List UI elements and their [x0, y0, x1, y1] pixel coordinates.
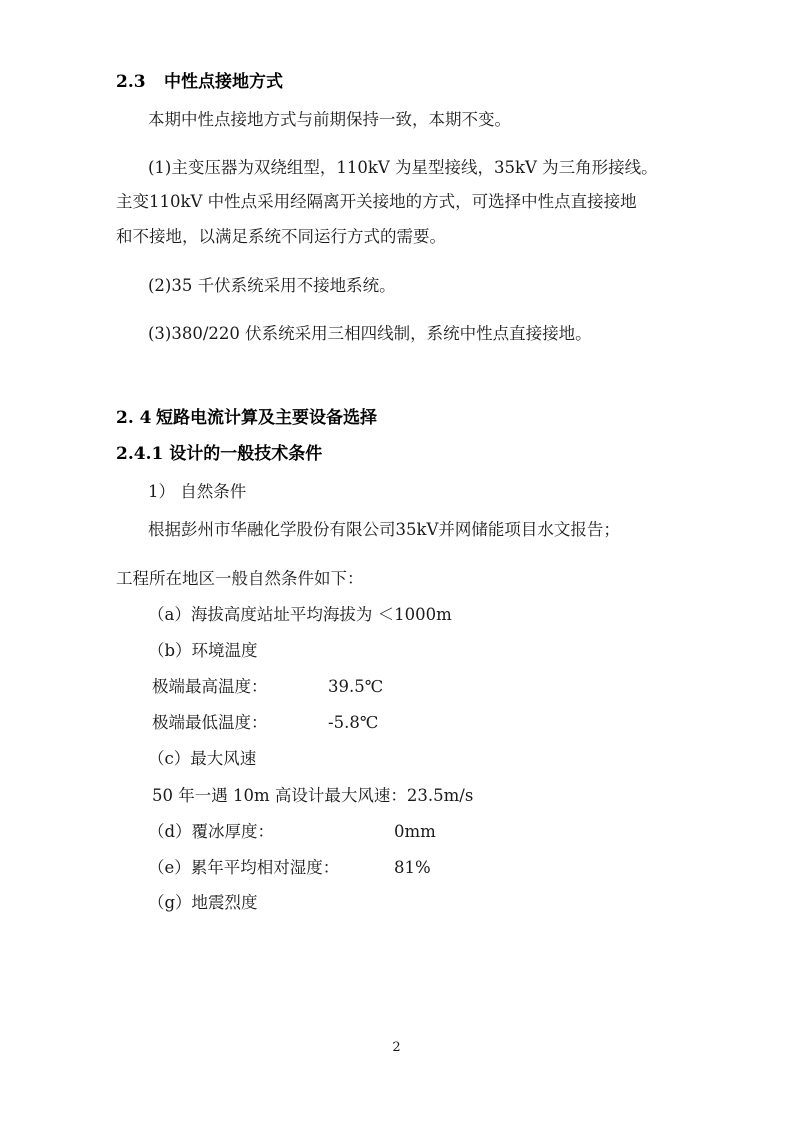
ice-thickness-value: 0mm	[394, 822, 436, 842]
humidity-label: （e）累年平均相对湿度：	[148, 858, 339, 878]
condition-wind: （c）最大风速	[148, 749, 256, 769]
list-item: 1） 自然条件	[148, 482, 246, 502]
condition-temperature: （b）环境温度	[148, 641, 258, 661]
section-number: 2.4.1	[116, 444, 163, 464]
condition-seismic: （g）地震烈度	[148, 893, 258, 913]
paragraph: 主变110kV 中性点采用经隔离开关接地的方式，可选择中性点直接接地	[116, 192, 637, 212]
humidity-value: 81%	[394, 858, 431, 878]
section-title: 短路电流计算及主要设备选择	[156, 408, 377, 428]
section-title: 中性点接地方式	[164, 72, 283, 92]
condition-altitude: （a）海拔高度站址平均海拔为 ＜1000m	[148, 605, 452, 625]
section-heading-2-4-1: 2.4.1 设计的一般技术条件	[116, 444, 322, 464]
min-temp-label: 极端最低温度：	[152, 713, 268, 733]
paragraph: (3)380/220 伏系统采用三相四线制，系统中性点直接接地。	[148, 324, 592, 344]
paragraph: (2)35 千伏系统采用不接地系统。	[148, 276, 396, 296]
paragraph: (1)主变压器为双绕组型，110kV 为星型接线，35kV 为三角形接线。	[148, 158, 658, 178]
paragraph: 根据彭州市华融化学股份有限公司35kV并网储能项目水文报告；	[148, 520, 620, 540]
paragraph: 和不接地，以满足系统不同运行方式的需要。	[116, 227, 446, 247]
min-temp-value: -5.8℃	[328, 713, 378, 733]
page-number: 2	[0, 1040, 793, 1055]
section-heading-2-4: 2. 4短路电流计算及主要设备选择	[116, 408, 377, 428]
max-temp-label: 极端最高温度：	[152, 677, 268, 697]
section-title: 设计的一般技术条件	[169, 444, 322, 464]
section-number: 2. 4	[116, 408, 156, 428]
paragraph: 本期中性点接地方式与前期保持一致，本期不变。	[148, 110, 511, 130]
section-heading-2-3: 2.3中性点接地方式	[116, 72, 283, 92]
ice-thickness-label: （d）覆冰厚度：	[148, 822, 274, 842]
paragraph: 工程所在地区一般自然条件如下：	[116, 569, 364, 589]
wind-speed: 50 年一遇 10m 高设计最大风速：23.5m/s	[152, 786, 473, 806]
section-number: 2.3	[116, 72, 164, 92]
max-temp-value: 39.5℃	[328, 677, 383, 697]
